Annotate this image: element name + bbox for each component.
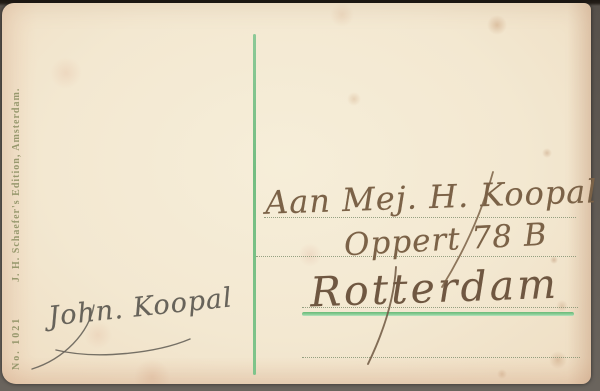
vertical-divider-line (253, 34, 256, 375)
imprint-publisher-text: J. H. Schaefer's Edition, Amsterdam. (11, 88, 22, 282)
handwritten-sender-signature: John. Koopal (47, 282, 234, 332)
postcard: No. 1021 J. H. Schaefer's Edition, Amste… (2, 3, 591, 384)
handwritten-city-line: Rotterdam (309, 260, 559, 317)
handwritten-recipient-line: Aan Mej. H. Koopal (264, 172, 598, 222)
address-dotted-line-4 (302, 357, 580, 358)
signature-underline-flourish (56, 339, 190, 355)
photo-background: No. 1021 J. H. Schaefer's Edition, Amste… (0, 0, 600, 391)
imprint-catalog-number: No. 1021 (11, 317, 22, 370)
